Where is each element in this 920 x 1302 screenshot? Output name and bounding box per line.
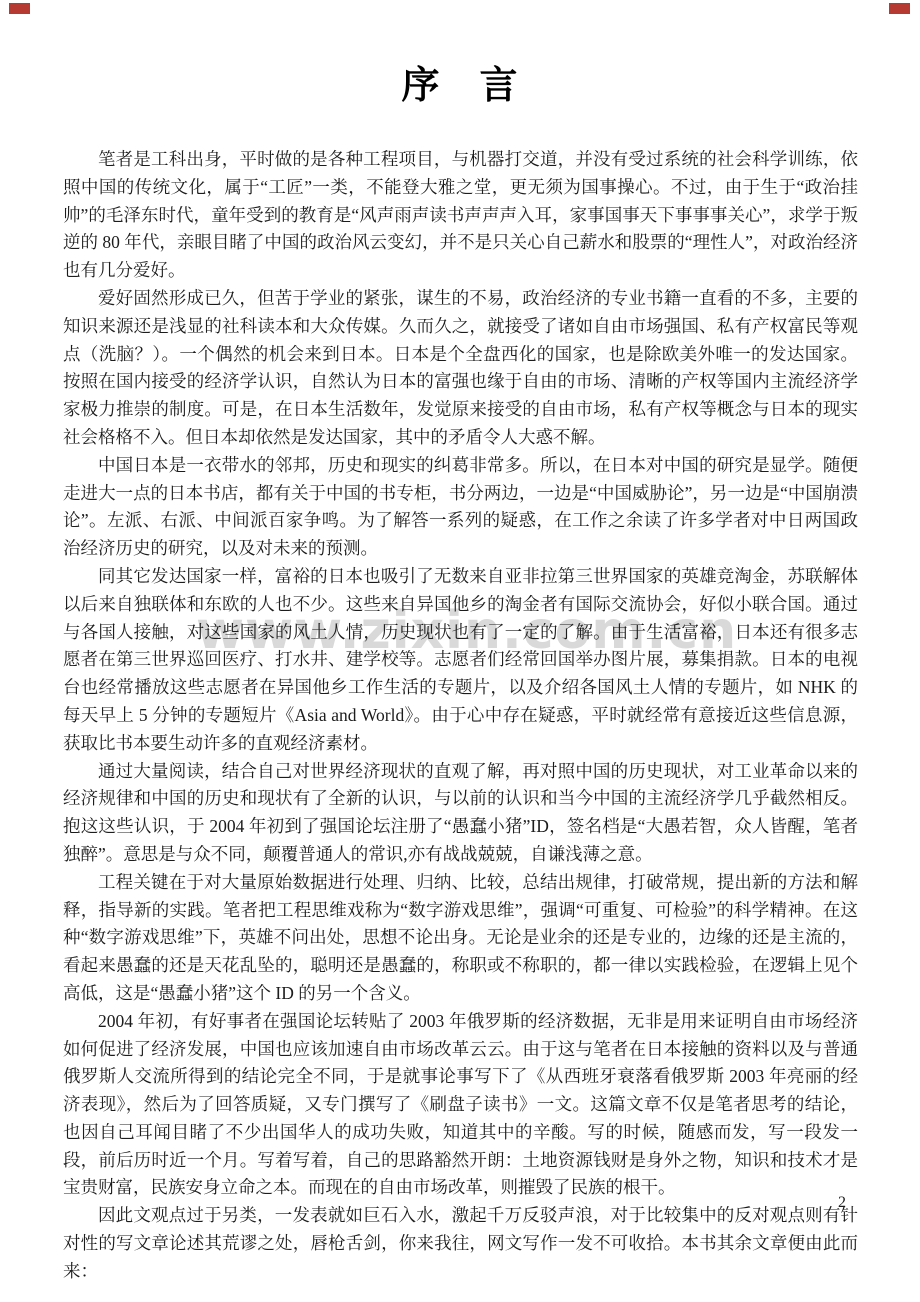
paragraph-7: 2004 年初，有好事者在强国论坛转贴了 2003 年俄罗斯的经济数据，无非是用… [63,1008,858,1203]
corner-mark-right [889,3,910,14]
paragraph-3: 中国日本是一衣带水的邻邦，历史和现实的纠葛非常多。所以，在日本对中国的研究是显学… [63,452,858,563]
paragraph-5: 通过大量阅读，结合自己对世界经济现状的直观了解，再对照中国的历史现状，对工业革命… [63,758,858,869]
paragraph-4: 同其它发达国家一样，富裕的日本也吸引了无数来自亚非拉第三世界国家的英雄竞淘金，苏… [63,563,858,758]
paragraph-2: 爱好固然形成已久，但苦于学业的紧张，谋生的不易，政治经济的专业书籍一直看的不多，… [63,285,858,452]
paragraph-6: 工程关键在于对大量原始数据进行处理、归纳、比较，总结出规律，打破常规，提出新的方… [63,869,858,1008]
document-body: 笔者是工科出身，平时做的是各种工程项目，与机器打交道，并没有受过系统的社会科学训… [63,146,858,1286]
paragraph-8: 因此文观点过于另类，一发表就如巨石入水，激起千万反驳声浪，对于比较集中的反对观点… [63,1202,858,1285]
page-title: 序 言 [0,0,920,110]
corner-mark-left [9,3,30,14]
page-number: 2 [838,1194,846,1212]
document-page: 序 言 www.zixin.com.cn 笔者是工科出身，平时做的是各种工程项目… [0,0,920,1302]
paragraph-1: 笔者是工科出身，平时做的是各种工程项目，与机器打交道，并没有受过系统的社会科学训… [63,146,858,285]
